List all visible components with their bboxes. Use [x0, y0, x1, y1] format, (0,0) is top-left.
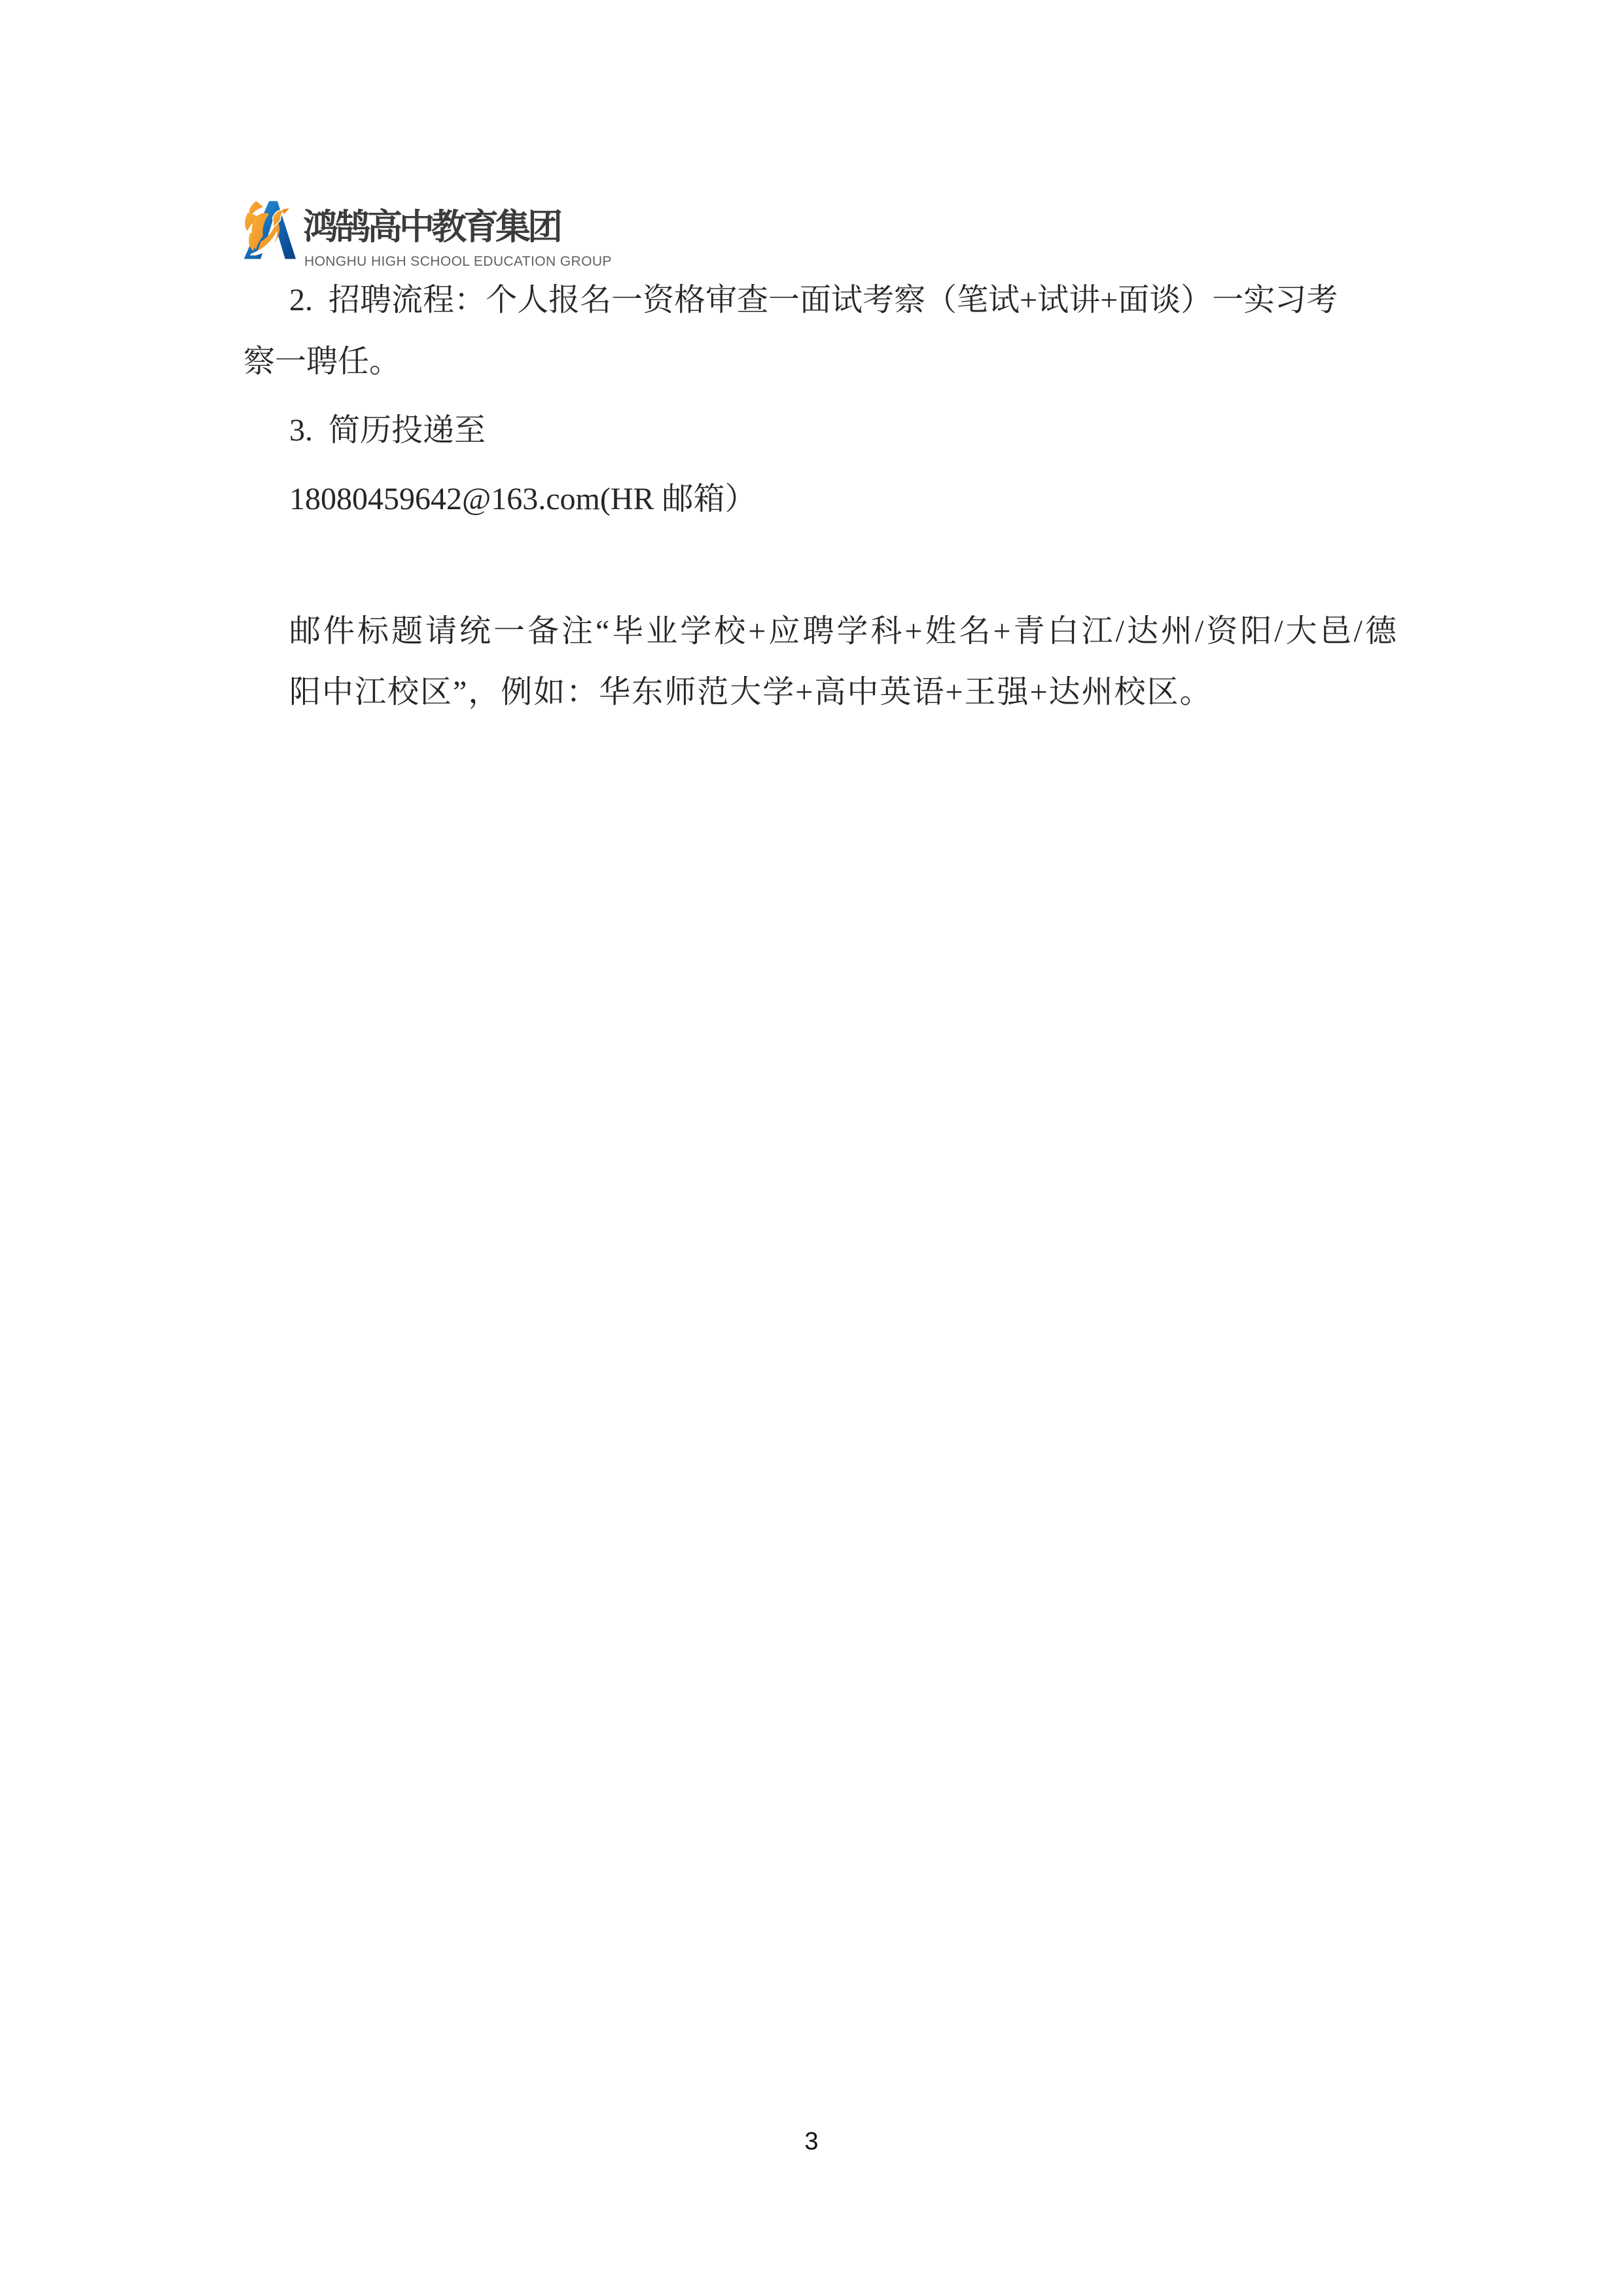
logo-icon-svg	[243, 200, 296, 260]
paragraph-email-subject-line-2: 阳中江校区”，例如：华东师范大学+高中英语+王强+达州校区。	[289, 673, 1213, 711]
swan-monogram-icon	[243, 200, 296, 260]
paragraph-email-subject-line-1: 邮件标题请统一备注“毕业学校+应聘学科+姓名+青白江/达州/资阳/大邑/德	[289, 613, 1399, 651]
paragraph-resume-delivery: 3. 简历投递至	[289, 412, 486, 450]
hr-email-address: 18080459642@163.com(HR 邮箱）	[289, 480, 757, 518]
paragraph-recruit-process-line-1: 2. 招聘流程：个人报名一资格审查一面试考察（笔试+试讲+面谈）一实习考	[289, 281, 1338, 319]
logo-title: 鸿鹄高中教育集团	[303, 207, 560, 247]
page-number: 3	[0, 2127, 1623, 2156]
paragraph-recruit-process-line-2: 察一聘任。	[243, 343, 401, 381]
logo-subtitle: HONGHU HIGH SCHOOL EDUCATION GROUP	[304, 254, 612, 270]
swan-beak	[282, 208, 289, 214]
document-page: 鸿鹄高中教育集团 HONGHU HIGH SCHOOL EDUCATION GR…	[0, 0, 1623, 2296]
